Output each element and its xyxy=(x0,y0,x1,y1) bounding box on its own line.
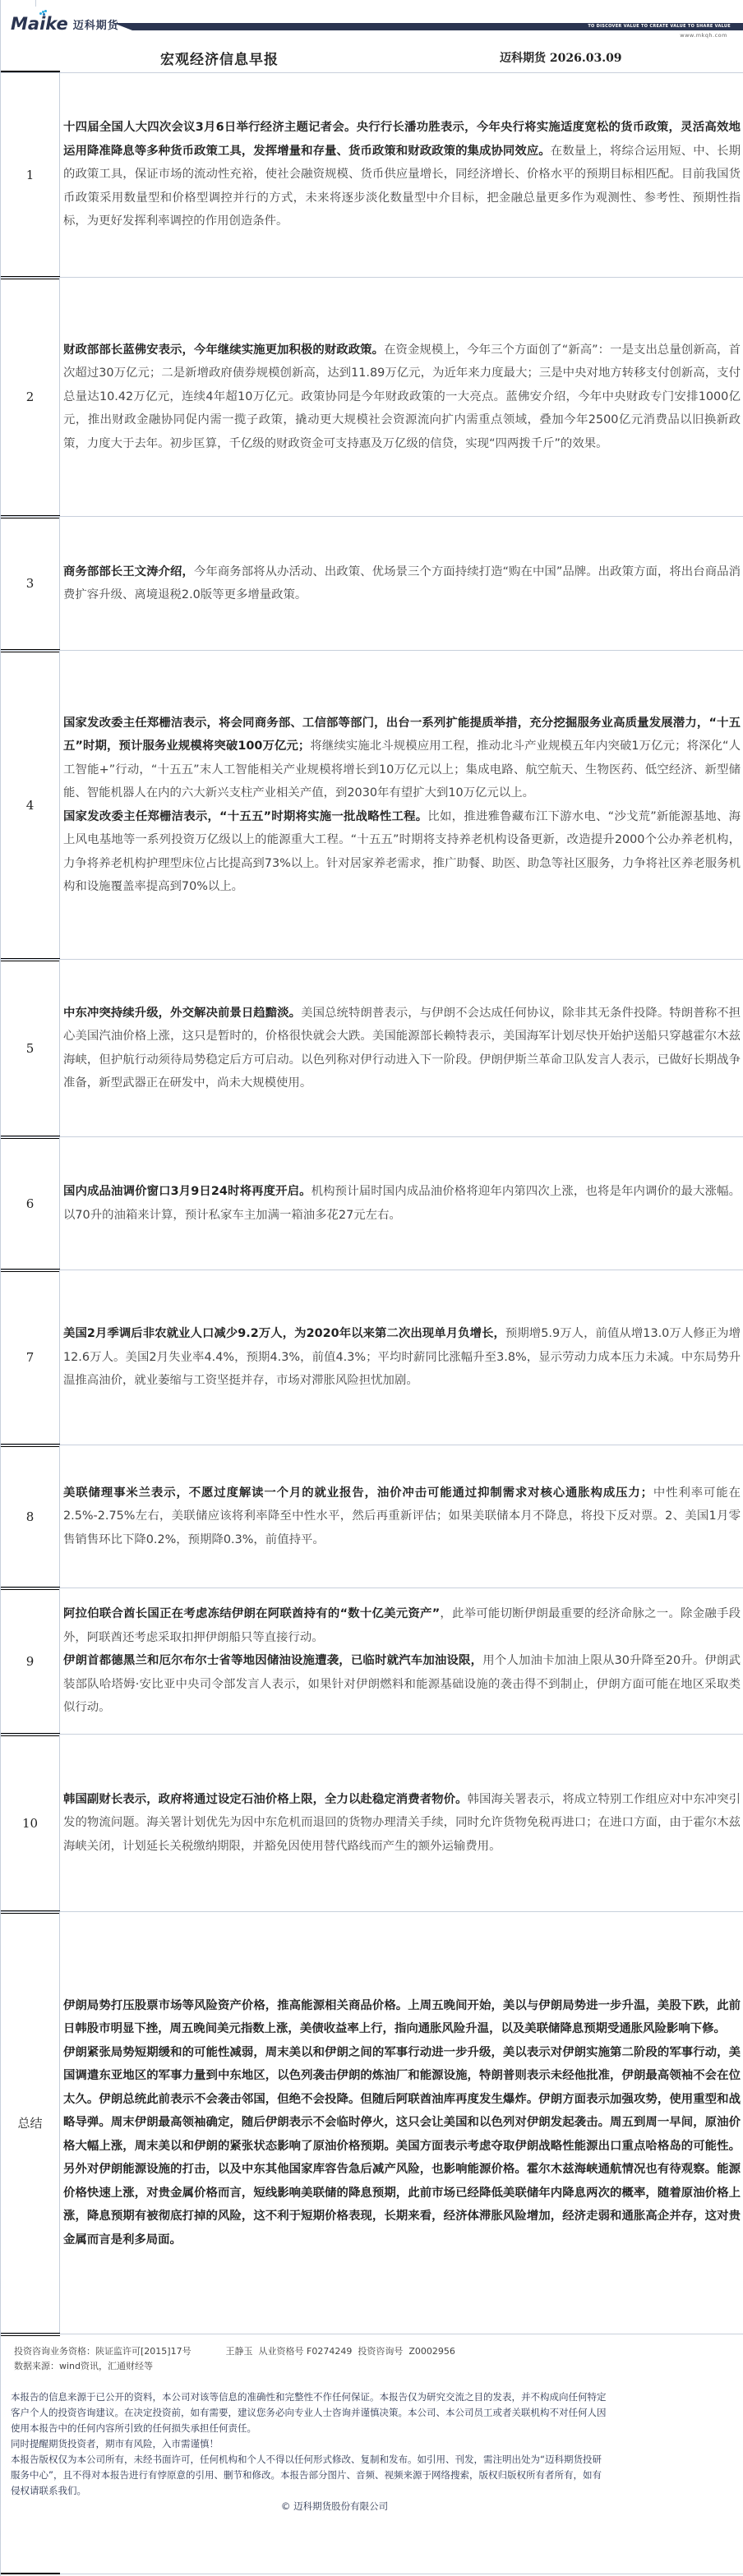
news-item: 6 国内成品油调价窗口3月9日24时将再度开启。机构预计届时国内成品油价格将迎年… xyxy=(1,1137,743,1270)
item-content: 中东冲突持续升级，外交解决前景日趋黯淡。美国总统特朗普表示，与伊朗不会达成任何协… xyxy=(63,960,741,1136)
item-content: 十四届全国人大四次会议3月6日举行经济主题记者会。央行行长潘功胜表示，今年央行将… xyxy=(63,72,741,277)
logo-wordmark: Maike xyxy=(11,14,68,34)
item-content: 美联储理事米兰表示，不愿过度解读一个月的就业报告，油价冲击可能通过抑制需求对核心… xyxy=(63,1445,741,1588)
copyright-line: © 迈科期货股份有限公司 xyxy=(11,2499,609,2514)
item-content: 商务部部长王文涛介绍，今年商务部将从办活动、出政策、优场景三个方面持续打造“购在… xyxy=(63,517,741,650)
item-paragraph: 美联储理事米兰表示，不愿过度解读一个月的就业报告，油价冲击可能通过抑制需求对核心… xyxy=(63,1482,741,1552)
item-number: 8 xyxy=(1,1445,60,1588)
company-slogan: TO DISCOVER VALUE TO CREATE VALUE TO SHA… xyxy=(588,24,731,29)
news-item: 4 国家发改委主任郑栅洁表示，将会同商务部、工信部等部门，出台一系列扩能提质举措… xyxy=(1,651,743,960)
item-content: 国内成品油调价窗口3月9日24时将再度开启。机构预计届时国内成品油价格将迎年内第… xyxy=(63,1137,741,1270)
news-item: 2 财政部部长蓝佛安表示，今年继续实施更加积极的财政政策。在资金规模上，今年三个… xyxy=(1,278,743,517)
item-content: 国家发改委主任郑栅洁表示，将会同商务部、工信部等部门，出台一系列扩能提质举措，充… xyxy=(63,651,741,959)
item-headline: 财政部部长蓝佛安表示，今年继续实施更加积极的财政政策。 xyxy=(63,343,384,357)
data-source: 数据来源：wind资讯，汇通财经等 xyxy=(14,2359,731,2374)
item-number: 9 xyxy=(1,1588,60,1734)
item-paragraph: 国家发改委主任郑栅洁表示，“十五五”时期将实施一批战略性工程。比如，推进雅鲁藏布… xyxy=(63,805,741,899)
news-item: 10 韩国副财长表示，政府将通过设定石油价格上限，全力以赴稳定消费者物价。韩国海… xyxy=(1,1735,743,1912)
item-number: 7 xyxy=(1,1270,60,1445)
news-item: 7 美国2月季调后非农就业人口减少9.2万人，为2020年以来第二次出现单月负增… xyxy=(1,1270,743,1445)
copyright-notice: 本报告版权仅为本公司所有，未经书面许可，任何机构和个人不得以任何形式修改、复制和… xyxy=(11,2452,609,2499)
news-item: 3 商务部部长王文涛介绍，今年商务部将从办活动、出政策、优场景三个方面持续打造“… xyxy=(1,517,743,651)
item-headline: 韩国副财长表示，政府将通过设定石油价格上限，全力以赴稳定消费者物价。 xyxy=(63,1793,468,1806)
disclaimer-paragraph: 本报告的信息来源于已公开的资料，本公司对该等信息的准确性和完整性不作任何保证。本… xyxy=(11,2389,609,2436)
item-paragraph: 商务部部长王文涛介绍，今年商务部将从办活动、出政策、优场景三个方面持续打造“购在… xyxy=(63,560,741,607)
item-paragraph: 国内成品油调价窗口3月9日24时将再度开启。机构预计届时国内成品油价格将迎年内第… xyxy=(63,1180,741,1227)
company-logo: Maike 迈科期货 xyxy=(11,15,119,33)
divider xyxy=(35,0,36,7)
item-paragraph: 阿拉伯联合酋长国正在考虑冻结伊朗在阿联酋持有的“数十亿美元资产”，此举可能切断伊… xyxy=(63,1602,741,1649)
item-paragraph: 韩国副财长表示，政府将通过设定石油价格上限，全力以赴稳定消费者物价。韩国海关署表… xyxy=(63,1788,741,1859)
company-url: www.mkqh.com xyxy=(680,32,727,39)
item-number: 4 xyxy=(1,651,60,959)
summary-section: 总结 伊朗局势打压股票市场等风险资产价格，推高能源相关商品价格。上周五晚间开始，… xyxy=(1,1912,743,2334)
item-content: 财政部部长蓝佛安表示，今年继续实施更加积极的财政政策。在资金规模上，今年三个方面… xyxy=(63,278,741,516)
item-paragraph: 中东冲突持续升级，外交解决前景日趋黯淡。美国总统特朗普表示，与伊朗不会达成任何协… xyxy=(63,1002,741,1095)
report-brand-date: 迈科期货 2026.03.09 xyxy=(500,49,622,66)
disclaimer: 本报告的信息来源于已公开的资料，本公司对该等信息的准确性和完整性不作任何保证。本… xyxy=(11,2389,609,2514)
logo-dots-icon xyxy=(39,10,47,15)
divider xyxy=(1,2574,743,2574)
analyst-info: 投资咨询业务资格：陕证监许可[2015]17号 王静玉 从业资格号 F02742… xyxy=(1,2344,743,2374)
item-number: 5 xyxy=(1,960,60,1136)
item-number: 2 xyxy=(1,278,60,516)
item-headline: 国家发改委主任郑栅洁表示，“十五五”时期将实施一批战略性工程。 xyxy=(63,810,427,823)
item-paragraph: 国家发改委主任郑栅洁表示，将会同商务部、工信部等部门，出台一系列扩能提质举措，充… xyxy=(63,712,741,805)
report-page: Maike 迈科期货 TO DISCOVER VALUE TO CREATE V… xyxy=(0,0,743,2576)
logo-chinese-name: 迈科期货 xyxy=(73,16,119,32)
item-number: 6 xyxy=(1,1137,60,1270)
item-paragraph: 财政部部长蓝佛安表示，今年继续实施更加积极的财政政策。在资金规模上，今年三个方面… xyxy=(63,339,741,456)
news-item: 1 十四届全国人大四次会议3月6日举行经济主题记者会。央行行长潘功胜表示，今年央… xyxy=(1,72,743,278)
news-item: 9 阿拉伯联合酋长国正在考虑冻结伊朗在阿联酋持有的“数十亿美元资产”，此举可能切… xyxy=(1,1588,743,1735)
analyst-text: 王静玉 从业资格号 F0274249 投资咨询号 Z0002956 xyxy=(226,2346,455,2357)
report-header: Maike 迈科期货 TO DISCOVER VALUE TO CREATE V… xyxy=(1,0,743,73)
item-paragraph: 十四届全国人大四次会议3月6日举行经济主题记者会。央行行长潘功胜表示，今年央行将… xyxy=(63,116,741,233)
summary-label: 总结 xyxy=(1,1912,60,2334)
item-content: 韩国副财长表示，政府将通过设定石油价格上限，全力以赴稳定消费者物价。韩国海关署表… xyxy=(63,1735,741,1911)
summary-paragraph: 伊朗局势打压股票市场等风险资产价格，推高能源相关商品价格。上周五晚间开始，美以与… xyxy=(63,1994,741,2041)
license-text: 投资咨询业务资格：陕证监许可[2015]17号 xyxy=(14,2346,192,2357)
item-headline: 商务部部长王文涛介绍， xyxy=(63,565,194,578)
item-paragraph: 伊朗首都德黑兰和厄尔布尔士省等地因储油设施遭袭，已临时就汽车加油设限，用个人加油… xyxy=(63,1649,741,1720)
report-date: 2026.03.09 xyxy=(550,52,622,65)
item-headline: 中东冲突持续升级，外交解决前景日趋黯淡。 xyxy=(63,1007,301,1020)
item-headline: 美联储理事米兰表示，不愿过度解读一个月的就业报告，油价冲击可能通过抑制需求对核心… xyxy=(63,1486,653,1500)
item-headline: 阿拉伯联合酋长国正在考虑冻结伊朗在阿联酋持有的“数十亿美元资产” xyxy=(63,1607,440,1620)
report-title: 宏观经济信息早报 xyxy=(160,48,279,68)
item-headline: 美国2月季调后非农就业人口减少9.2万人，为2020年以来第二次出现单月负增长， xyxy=(63,1327,505,1340)
item-paragraph: 美国2月季调后非农就业人口减少9.2万人，为2020年以来第二次出现单月负增长，… xyxy=(63,1322,741,1393)
news-item: 8 美联储理事米兰表示，不愿过度解读一个月的就业报告，油价冲击可能通过抑制需求对… xyxy=(1,1445,743,1588)
item-headline: 伊朗首都德黑兰和厄尔布尔士省等地因储油设施遭袭，已临时就汽车加油设限， xyxy=(63,1654,482,1667)
risk-warning: 同时提醒期货投资者，期市有风险，入市需谨慎！ xyxy=(11,2436,609,2452)
license-analyst-line: 投资咨询业务资格：陕证监许可[2015]17号 王静玉 从业资格号 F02742… xyxy=(14,2344,731,2359)
item-headline: 国内成品油调价窗口3月9日24时将再度开启。 xyxy=(63,1185,312,1198)
item-content: 美国2月季调后非农就业人口减少9.2万人，为2020年以来第二次出现单月负增长，… xyxy=(63,1270,741,1445)
divider xyxy=(1,2573,60,2574)
brand-name: 迈科期货 xyxy=(500,52,546,65)
item-body: 在资金规模上，今年三个方面创了“新高”：一是支出总量创新高，首次超过30万亿元；… xyxy=(63,343,741,450)
item-number: 10 xyxy=(1,1735,60,1911)
divider xyxy=(1,2333,60,2336)
item-content: 阿拉伯联合酋长国正在考虑冻结伊朗在阿联酋持有的“数十亿美元资产”，此举可能切断伊… xyxy=(63,1588,741,1734)
news-item: 5 中东冲突持续升级，外交解决前景日趋黯淡。美国总统特朗普表示，与伊朗不会达成任… xyxy=(1,960,743,1137)
summary-paragraph: 伊朗紧张局势短期缓和的可能性减弱，周末美以和伊朗之间的军事行动进一步升级，美以表… xyxy=(63,2041,741,2252)
item-number: 3 xyxy=(1,517,60,650)
summary-content: 伊朗局势打压股票市场等风险资产价格，推高能源相关商品价格。上周五晚间开始，美以与… xyxy=(63,1912,741,2334)
item-number: 1 xyxy=(1,72,60,277)
